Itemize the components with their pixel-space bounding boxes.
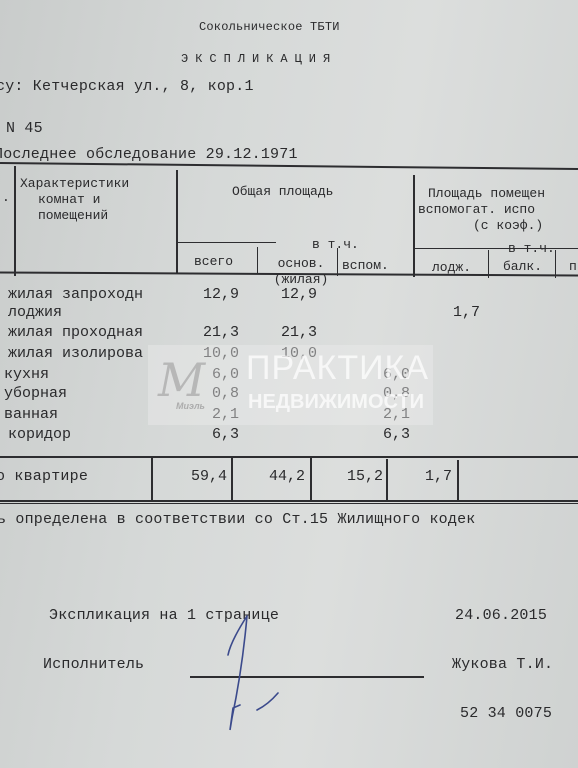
aux-header: вспом.: [342, 258, 389, 274]
totals-total: 59,4: [167, 468, 227, 485]
other-header: п: [569, 259, 577, 275]
balcony-header: балк.: [503, 259, 542, 275]
header-line: Площадь помещен: [418, 186, 578, 202]
watermark: М Миэль ПРАКТИКА НЕДВИЖИМОСТИ: [148, 345, 433, 425]
executor-name: Жукова Т.И.: [452, 656, 553, 673]
last-inspection: Последнее обследование 29.12.1971: [0, 146, 298, 163]
total-header: всего: [194, 254, 233, 270]
signature-icon: [200, 600, 320, 750]
row-name: кухня: [4, 366, 49, 383]
including-label: в т.ч.: [312, 237, 359, 253]
row-total: 6,3: [179, 426, 239, 443]
executor-label: Исполнитель: [43, 656, 144, 673]
document-code: 52 34 0075: [460, 705, 552, 722]
watermark-line1: ПРАКТИКА: [246, 349, 429, 388]
header-line: помещений: [20, 208, 170, 224]
aux-area-header: Площадь помещен вспомогат. испо (с коэф.…: [418, 186, 578, 234]
row-name: лоджия: [8, 304, 62, 321]
row-name: жилая запроходн: [8, 286, 143, 303]
row-name: жилая изолирова: [8, 345, 143, 362]
header-line: (с коэф.): [418, 218, 578, 234]
header-line: вспомогат. испо: [418, 202, 578, 218]
header-line: основ.: [266, 256, 336, 272]
document-page: Сокольническое ТБТИ ЭКСПЛИКАЦИЯ су: Кетч…: [0, 0, 578, 768]
address: су: Кетчерская ул., 8, кор.1: [0, 78, 254, 95]
header-line: комнат и: [20, 192, 170, 208]
including-label-2: в т.ч.: [508, 241, 555, 257]
watermark-logo-icon: М: [158, 353, 205, 407]
totals-label: о квартире: [0, 468, 88, 485]
watermark-logo-caption: Миэль: [176, 401, 205, 411]
legal-note: ь определена в соответствии со Ст.15 Жил…: [0, 511, 475, 528]
loggia-header: лодж.: [432, 260, 471, 276]
row-total: 21,3: [179, 324, 239, 341]
row-total: 12,9: [179, 286, 239, 303]
totals-aux: 15,2: [323, 468, 383, 485]
totals-main: 44,2: [245, 468, 305, 485]
row-main: 21,3: [257, 324, 317, 341]
row-name: коридор: [8, 426, 71, 443]
row-loggia: 1,7: [420, 304, 480, 321]
total-area-header: Общая площадь: [232, 184, 333, 200]
watermark-line2: НЕДВИЖИМОСТИ: [248, 391, 424, 414]
row-name: жилая проходная: [8, 324, 143, 341]
row-name: ванная: [4, 406, 58, 423]
apartment-number: N 45: [6, 120, 43, 137]
main-header: основ. (жилая): [266, 256, 336, 288]
characteristics-header: Характеристики комнат и помещений: [20, 176, 170, 224]
row-aux: 6,3: [350, 426, 410, 443]
issue-date: 24.06.2015: [455, 607, 547, 624]
totals-loggia: 1,7: [392, 468, 452, 485]
row-name: уборная: [4, 385, 67, 402]
col-number-header: .: [2, 190, 10, 206]
organization-name: Сокольническое ТБТИ: [199, 20, 340, 34]
header-line: Характеристики: [20, 176, 170, 192]
document-title: ЭКСПЛИКАЦИЯ: [181, 52, 337, 66]
row-main: 12,9: [257, 286, 317, 303]
